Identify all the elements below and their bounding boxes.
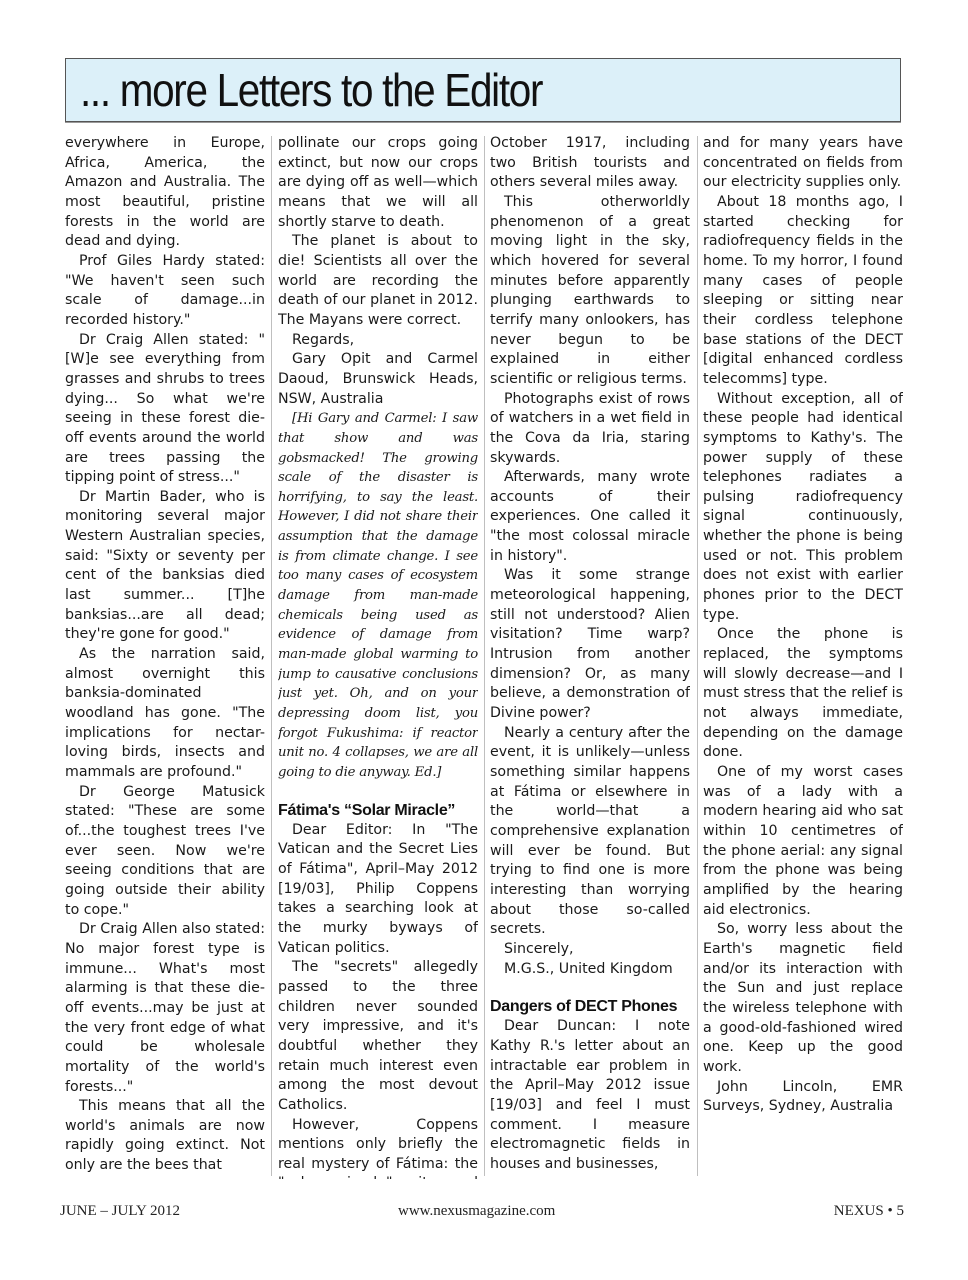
letter-paragraph: pollinate our crops going extinct, but n… — [278, 134, 478, 232]
letter-paragraph: Regards, — [278, 331, 478, 351]
letter-paragraph: M.G.S., United Kingdom — [490, 960, 690, 980]
letter-paragraph: Dr Craig Allen also stated: No major for… — [65, 920, 265, 1097]
column-2: pollinate our crops going extinct, but n… — [278, 134, 478, 1179]
footer-website: www.nexusmagazine.com — [398, 1203, 555, 1220]
letter-paragraph: Was it some strange meteorological happe… — [490, 566, 690, 723]
letter-paragraph: Without exception, all of these people h… — [703, 390, 903, 626]
letter-paragraph: However, Coppens mentions only briefly t… — [278, 1116, 478, 1180]
column-1: everywhere in Europe, Africa, America, t… — [65, 134, 265, 1179]
letter-paragraph: Dr Martin Bader, who is monitoring sever… — [65, 488, 265, 645]
letter-paragraph: The "secrets" allegedly passed to the th… — [278, 958, 478, 1115]
column-divider — [484, 136, 485, 1176]
column-3: October 1917, including two British tour… — [490, 134, 690, 1179]
letter-paragraph: So, worry less about the Earth's magneti… — [703, 920, 903, 1077]
letter-paragraph: This means that all the world's animals … — [65, 1097, 265, 1176]
letter-paragraph: One of my worst cases was of a lady with… — [703, 763, 903, 920]
letter-paragraph: As the narration said, almost overnight … — [65, 645, 265, 783]
column-divider — [271, 136, 272, 1176]
letter-paragraph: Once the phone is replaced, the symptoms… — [703, 625, 903, 763]
editor-reply: [Hi Gary and Carmel: I saw that show and… — [278, 409, 478, 782]
article-columns: everywhere in Europe, Africa, America, t… — [65, 134, 913, 1179]
letter-paragraph: Gary Opit and Carmel Daoud, Brunswick He… — [278, 350, 478, 409]
letter-paragraph: everywhere in Europe, Africa, America, t… — [65, 134, 265, 252]
letter-heading: Dangers of DECT Phones — [490, 997, 690, 1017]
letter-paragraph: John Lincoln, EMR Surveys, Sydney, Austr… — [703, 1078, 903, 1117]
letter-paragraph: The planet is about to die! Scientists a… — [278, 232, 478, 330]
footer-page-number: NEXUS • 5 — [834, 1203, 904, 1220]
letter-paragraph: Prof Giles Hardy stated: "We haven't see… — [65, 252, 265, 331]
letter-paragraph: Photographs exist of rows of watchers in… — [490, 390, 690, 469]
letter-paragraph: Dr Craig Allen stated: "[W]e see everyth… — [65, 331, 265, 488]
letter-paragraph: This otherworldly phenomenon of a great … — [490, 193, 690, 390]
letter-paragraph: October 1917, including two British tour… — [490, 134, 690, 193]
column-4: and for many years have concentrated on … — [703, 134, 903, 1179]
letter-paragraph: Dear Duncan: I note Kathy R.'s letter ab… — [490, 1017, 690, 1174]
letter-paragraph: and for many years have concentrated on … — [703, 134, 903, 193]
page-header: ... more Letters to the Editor — [65, 58, 901, 122]
footer-issue-date: JUNE – JULY 2012 — [60, 1203, 180, 1220]
letter-paragraph: Dr George Matusick stated: "These are so… — [65, 783, 265, 921]
page-title: ... more Letters to the Editor — [80, 63, 542, 117]
letter-paragraph: Dear Editor: In "The Vatican and the Sec… — [278, 821, 478, 959]
letter-paragraph: Afterwards, many wrote accounts of their… — [490, 468, 690, 566]
column-divider — [697, 136, 698, 1176]
letter-paragraph: Nearly a century after the event, it is … — [490, 724, 690, 940]
letter-paragraph: Sincerely, — [490, 940, 690, 960]
letter-paragraph: About 18 months ago, I started checking … — [703, 193, 903, 390]
letter-heading: Fátima's “Solar Miracle” — [278, 801, 478, 821]
